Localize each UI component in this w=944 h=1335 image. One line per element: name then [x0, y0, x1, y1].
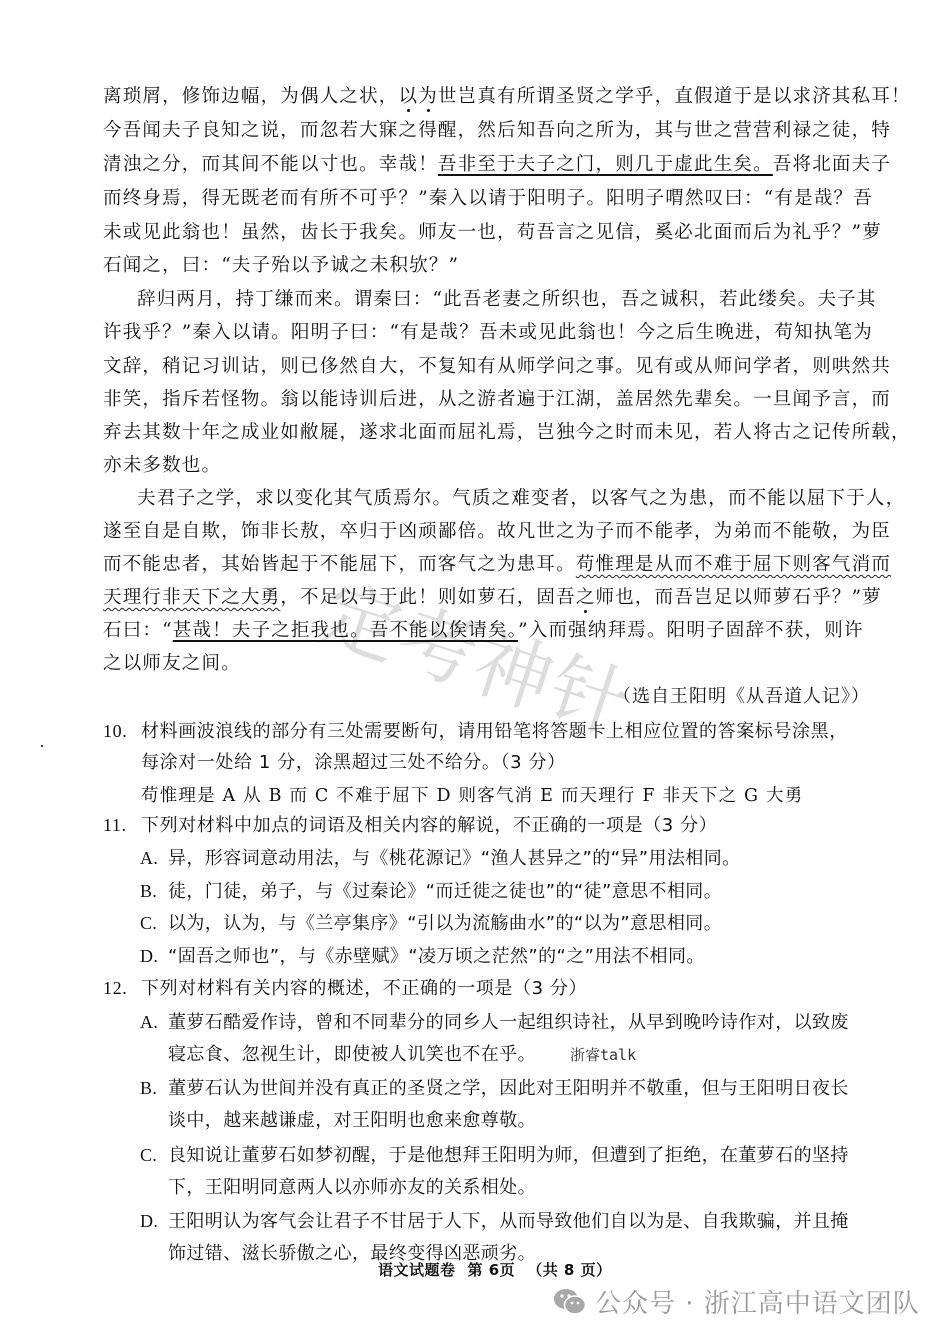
text-segment: 之以师友之间。	[103, 653, 241, 674]
text-segment: 而不能忠者，其始皆起于不能屈下，而客气之为患耳。	[103, 554, 576, 575]
question-stem: 12.下列对材料有关内容的概述，不正确的一项是（3 分）	[103, 976, 587, 1001]
question-stem-cont: 每涂对一处给 1 分，涂黑超过三处不给分。（3 分）	[141, 751, 566, 775]
wechat-label: 公众号 · 浙江高中语文团队	[595, 1283, 920, 1320]
question-stem: 11.下列对材料中加点的词语及相关内容的解说，不正确的一项是（3 分）	[103, 813, 717, 838]
passage-line: 天理行非天下之大勇，不足以与于此！则如萝石，固吾之师也，而吾岂足以师萝石乎？”萝	[103, 586, 882, 610]
passage-line: 石闻之，曰：“夫子殆以予诚之未积欤？”	[103, 254, 459, 278]
passage-line: 许我乎？”秦入以请。阳明子曰：“有是哉？吾未或见此翁也！今之后生晚进，苟知执笔为	[103, 321, 873, 345]
passage-line: 而终身焉，得无既老而有所不可乎？”秦入以请于阳明子。阳明子喟然叹曰：“有是哉？吾	[103, 187, 873, 211]
text-segment: 清浊之分，而其间不能以寸也。幸哉！	[103, 154, 438, 175]
emphasis-dotted-char: 以	[399, 86, 419, 107]
passage-line: 离琐屑，修饰边幅，为偶人之状，以为世岂真有所谓圣贤之学乎，直假道于是以求济其私耳…	[103, 85, 911, 109]
option-a[interactable]: A.董萝石酷爱作诗，曾和不同辈分的同乡人一起组织诗社，从早到晚吟诗作对，以致废	[140, 1010, 849, 1035]
passage-line: 非笑，指斥若怪物。翁以能诗训后进，从之游者遍于江湖，盖居然先辈矣。一旦闻予言，而	[103, 388, 891, 412]
text-segment: ，不足以与于此！则如萝石，固吾	[280, 587, 576, 608]
option-c[interactable]: C.良知说让董萝石如梦初醒，于是他想拜王阳明为师，但遭到了拒绝，在董萝石的坚持	[140, 1143, 849, 1168]
question-number: 12.	[103, 976, 141, 1000]
option-c-cont: 下，王阳明同意两人以亦师亦友的关系相处。	[168, 1176, 536, 1200]
option-b-cont: 谈中，越来越谦虚，对王阳明也愈来愈尊敬。	[168, 1109, 536, 1133]
wavy-underlined-text: 天理行非天下之大勇	[103, 587, 280, 608]
text-segment: 今吾闻夫子良知之说，而忽若大寐之得醒，然后知吾向之所为，其与世之营营利禄之徒，特	[103, 120, 891, 141]
passage-line: 夫君子之学，求以变化其气质焉尔。气质之难变者，以客气之为患，而不能以屈下于人，	[137, 487, 905, 511]
footer-title: 语文试题卷	[378, 1261, 456, 1279]
option-b[interactable]: B.董萝石认为世间并没有真正的圣贤之学，因此对王阳明并不敬重，但与王阳明日夜长	[140, 1076, 849, 1101]
passage-line: 清浊之分，而其间不能以寸也。幸哉！吾非至于夫子之门，则几于虚此生矣。吾将北面夫子	[103, 153, 891, 177]
passage-line: 亦未多数也。	[103, 454, 221, 478]
question-options-line: 苟惟理是 A 从 B 而 C 不难于屈下 D 则客气消 E 而天理行 F 非天下…	[141, 784, 803, 808]
passage-line: 之以师友之间。	[103, 652, 241, 676]
question-number: 10.	[103, 719, 141, 743]
text-segment: 离琐屑，修饰边幅，为偶人之状，	[103, 86, 399, 107]
question-stem: 10.材料画波浪线的部分有三处需要断句，请用铅笔将答题卡上相应位置的答案标号涂黑…	[103, 719, 848, 744]
scan-speck	[41, 745, 43, 747]
text-segment: 吾将北面夫子	[773, 154, 891, 175]
wavy-underlined-text: 苟惟理是从而不难于屈下则客气消而	[576, 554, 891, 575]
option-a[interactable]: A.异，形容词意动用法，与《桃花源记》“渔人甚异之”的“异”用法相同。	[140, 846, 741, 871]
text-segment: 石曰：“	[103, 620, 173, 641]
annotation-note: 浙睿talk	[570, 1046, 636, 1064]
passage-line: 未或见此翁也！虽然，齿长于我矣。师友一也，苟吾言之见信，奚必北面而后为礼乎？”萝	[103, 221, 882, 245]
question-number: 11.	[103, 813, 141, 837]
option-d[interactable]: D.“固吾之师也”，与《赤壁赋》“凌万顷之茫然”的“之”用法不相同。	[140, 944, 705, 969]
text-segment: 遂至自是自欺，饰非长敖，卒归于凶顽鄙倍。故凡世之为子而不能孝，为弟而不能敬，为臣	[103, 521, 891, 542]
passage-line: 遂至自是自欺，饰非长敖，卒归于凶顽鄙倍。故凡世之为子而不能孝，为弟而不能敬，为臣	[103, 520, 891, 544]
underlined-sentence: 甚哉！夫子之拒我也。吾不能以俟请矣。	[173, 620, 518, 641]
text-segment: ”入而强纳拜焉。阳明子固辞不获，则许	[518, 620, 864, 641]
text-segment: 师也，而吾岂足以师萝石乎？”萝	[596, 587, 882, 608]
option-d[interactable]: D.王阳明认为客气会让君子不甘居于人下，从而导致他们自以为是、自我欺骗，并且掩	[140, 1209, 849, 1234]
emphasis-dotted-char: 之	[576, 587, 596, 608]
text-segment: 而终身焉，得无既老而有所不可乎？”秦入以请于阳明子。阳明子喟然叹曰：“有是哉？吾	[103, 188, 873, 209]
passage-line: 石曰：“甚哉！夫子之拒我也。吾不能以俟请矣。”入而强纳拜焉。阳明子固辞不获，则许	[103, 619, 864, 643]
footer-total: （共 8 页）	[527, 1261, 611, 1279]
footer-page: 第 6页	[468, 1261, 516, 1279]
passage-line: 今吾闻夫子良知之说，而忽若大寐之得醒，然后知吾向之所为，其与世之营营利禄之徒，特	[103, 119, 891, 143]
underlined-sentence: 吾非至于夫子之门，则几于虚此生矣。	[438, 154, 773, 175]
wechat-account-badge: 公众号 · 浙江高中语文团队	[553, 1283, 920, 1320]
passage-line: 文辞，稍记习训诂，则已侈然自大，不复知有从师学问之事。见有或从师问学者，则哄然共	[103, 355, 891, 379]
emphasis-dotted-char: 为	[418, 86, 438, 107]
text-segment: 夫君子之学，求以变化其气质焉尔。气质之难变者，以客气之为患，而不能以屈下于人，	[137, 488, 905, 509]
passage-line: 辞归两月，持丁缣而来。谓秦曰：“此吾老妻之所织也，吾之诚积，若此缕矣。夫子其	[137, 288, 877, 312]
option-b[interactable]: B.徒，门徒，弟子，与《过秦论》“而迁徙之徒也”的“徒”意思不相同。	[140, 879, 722, 904]
option-c[interactable]: C.以为，认为，与《兰亭集序》“引以为流觞曲水”的“以为”意思相同。	[140, 911, 722, 936]
wechat-icon	[553, 1288, 587, 1316]
text-segment: 石闻之，曰：“夫子殆以予诚之未积欤？”	[103, 255, 459, 276]
passage-line: 弃去其数十年之成业如敝屣，遂求北面而屈礼焉，岂独今之时而未见，若人将古之记传所载…	[103, 421, 911, 445]
page-footer: 语文试题卷第 6页（共 8 页）	[378, 1258, 624, 1282]
text-segment: 世岂真有所谓圣贤之学乎，直假道于是以求济其私耳！	[438, 86, 911, 107]
passage-line: 而不能忠者，其始皆起于不能屈下，而客气之为患耳。苟惟理是从而不难于屈下则客气消而	[103, 553, 891, 577]
text-segment: 未或见此翁也！虽然，齿长于我矣。师友一也，苟吾言之见信，奚必北面而后为礼乎？”萝	[103, 222, 882, 243]
passage-source: （选自王阳明《从吾道人记》）	[613, 685, 870, 709]
option-a-cont: 寝忘食、忽视生计，即使被人讥笑也不在乎。浙睿talk	[168, 1043, 636, 1067]
